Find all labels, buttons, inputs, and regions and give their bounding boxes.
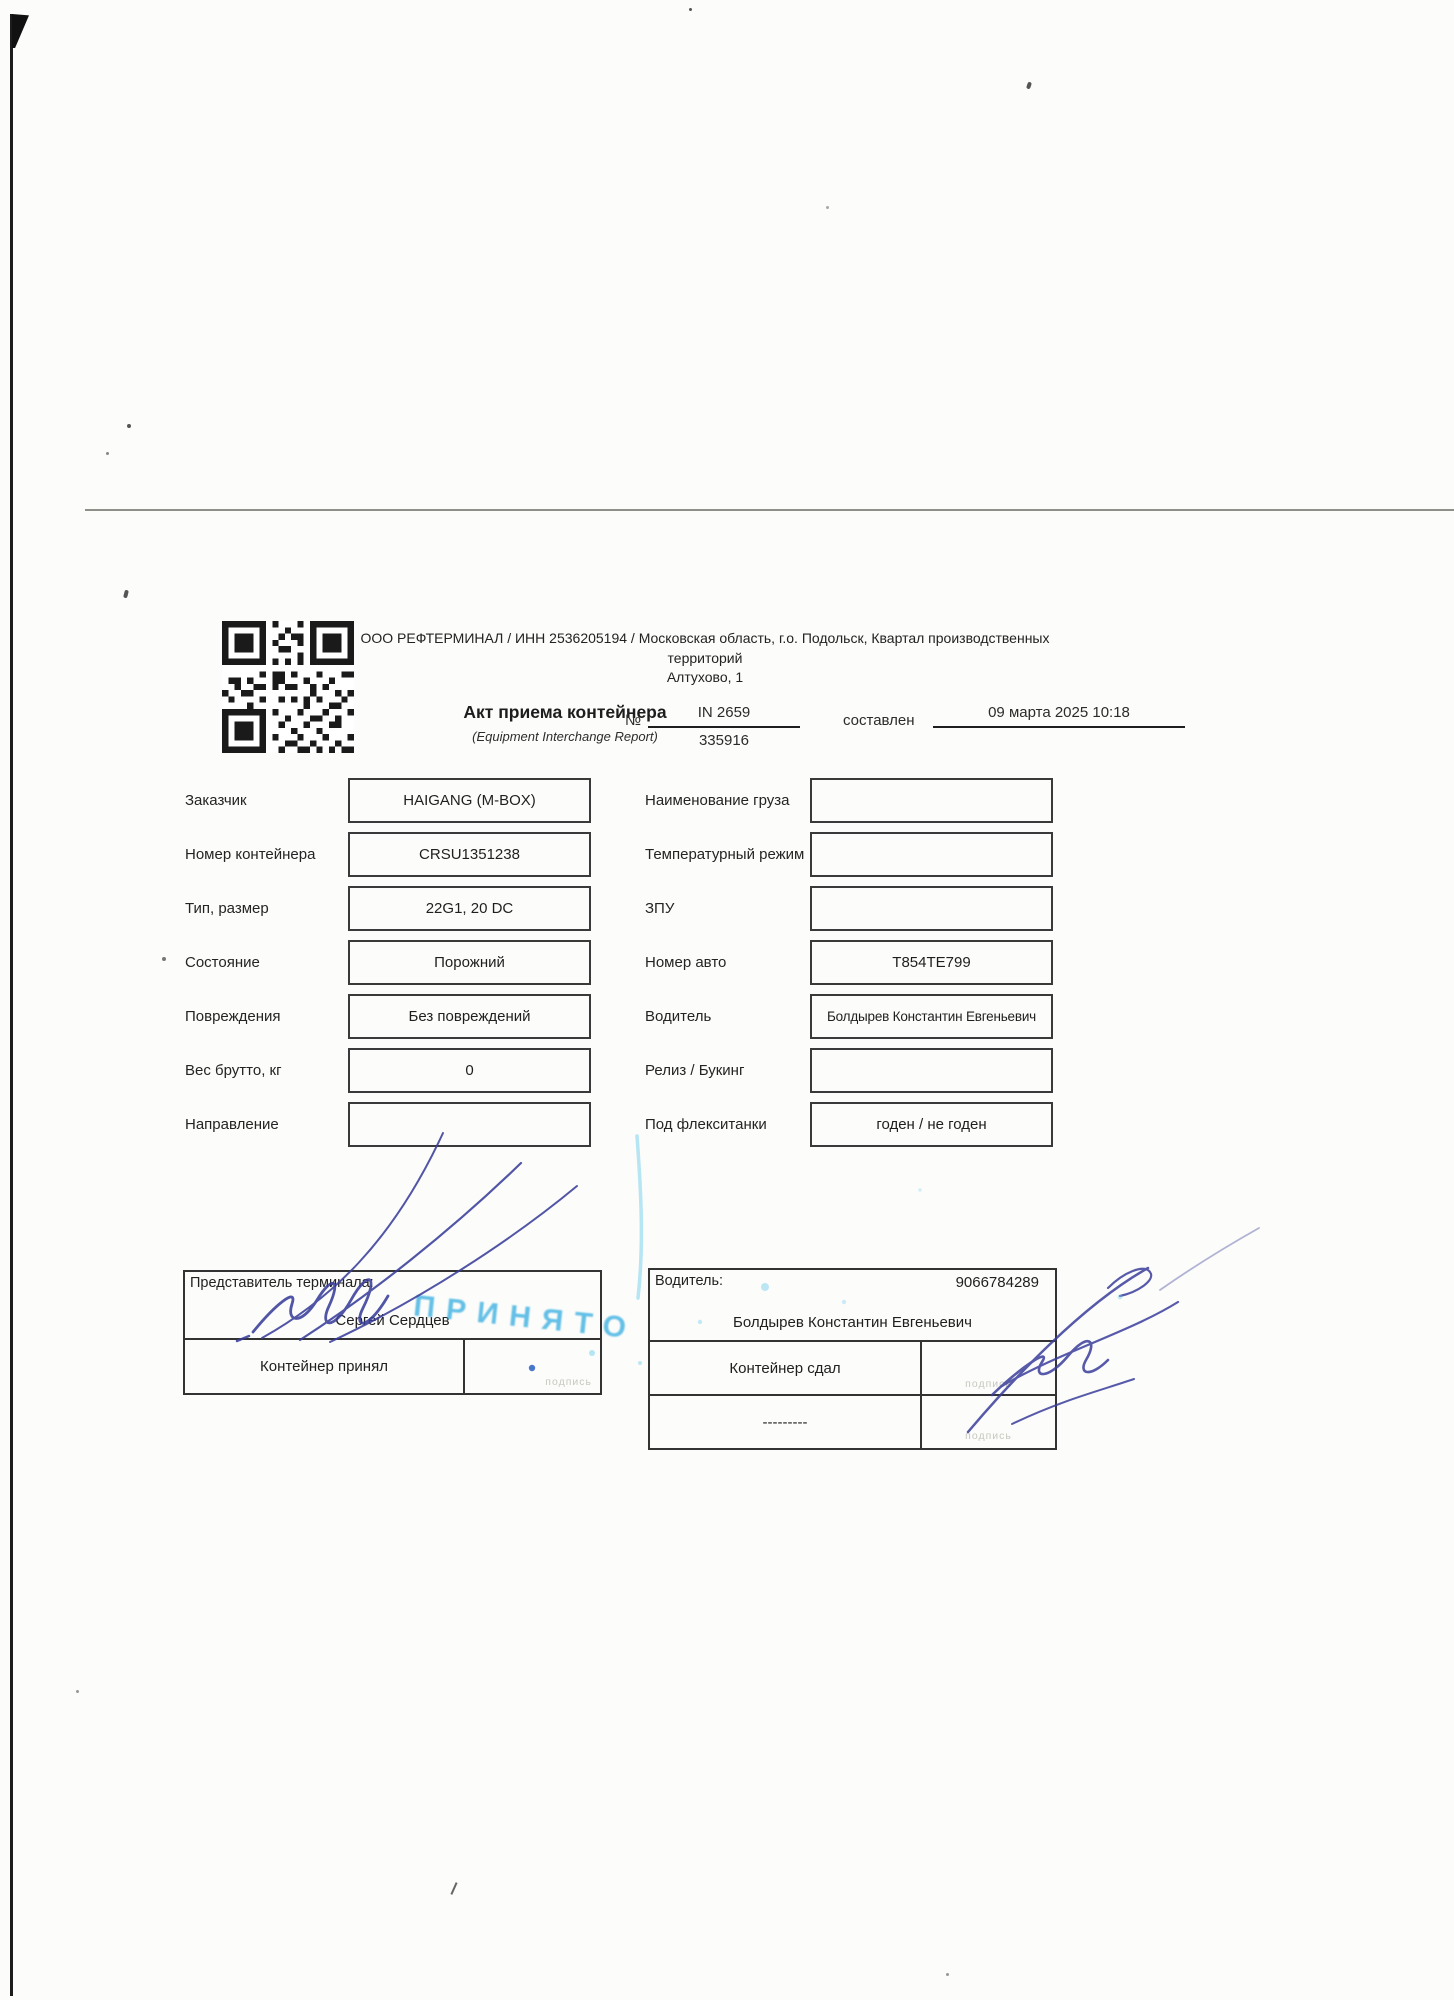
terminal-action-label: Контейнер принял — [185, 1340, 465, 1393]
driver-name: Болдырев Константин Евгеньевич — [650, 1314, 1055, 1331]
scan-speck — [689, 8, 692, 11]
field-box-truck-number: Т854ТЕ799 — [810, 940, 1053, 985]
field-box-flexitank: годен / не годен — [810, 1102, 1053, 1147]
field-label-flexitank: Под флекситанки — [645, 1102, 810, 1147]
field-value: Без повреждений — [408, 1008, 530, 1025]
field-value: HAIGANG (M-BOX) — [403, 792, 536, 809]
driver-signature-cell: подпись — [922, 1342, 1055, 1394]
field-label-state: Состояние — [185, 940, 347, 985]
field-box-damages: Без повреждений — [348, 994, 591, 1039]
driver-phone: 9066784289 — [956, 1274, 1039, 1291]
driver-signature-block: Водитель: 9066784289 Болдырев Константин… — [648, 1268, 1057, 1450]
field-value: Порожний — [434, 954, 505, 971]
field-box-release-booking — [810, 1048, 1053, 1093]
field-label-driver: Водитель — [645, 994, 810, 1039]
scan-speck — [106, 452, 109, 455]
field-label-gruz: Наименование груза — [645, 778, 810, 823]
field-box-zakazchik: HAIGANG (M-BOX) — [348, 778, 591, 823]
terminal-role-label: Представитель терминала: — [190, 1275, 374, 1291]
field-label-release-booking: Релиз / Букинг — [645, 1048, 810, 1093]
field-label-zpu: ЗПУ — [645, 886, 810, 931]
field-label-type-size: Тип, размер — [185, 886, 347, 931]
page-fold-line — [85, 509, 1454, 511]
field-value: годен / не годен — [876, 1116, 986, 1133]
signature-placeholder: подпись — [965, 1430, 1012, 1442]
field-label-damages: Повреждения — [185, 994, 347, 1039]
field-box-direction — [348, 1102, 591, 1147]
driver-action-label: Контейнер сдал — [650, 1342, 922, 1394]
field-label-gross-weight: Вес брутто, кг — [185, 1048, 347, 1093]
document-number: IN 2659 — [648, 704, 800, 728]
driver-signature-cell2: подпись — [922, 1396, 1055, 1448]
signature-placeholder: подпись — [545, 1376, 592, 1388]
number-label: № — [625, 712, 641, 729]
scan-speck — [127, 424, 131, 428]
scanned-document: ООО РЕФТЕРМИНАЛ / ИНН 2536205194 / Моско… — [0, 0, 1454, 2000]
field-value: 22G1, 20 DC — [426, 900, 514, 917]
field-box-driver: Болдырев Константин Евгеньевич — [810, 994, 1053, 1039]
scan-speck — [826, 206, 829, 209]
field-label-zakazchik: Заказчик — [185, 778, 347, 823]
field-label-truck-number: Номер авто — [645, 940, 810, 985]
scan-edge-hook — [12, 14, 29, 48]
signature-placeholder: подпись — [965, 1378, 1012, 1390]
field-value: CRSU1351238 — [419, 846, 520, 863]
company-header-line2: Алтухово, 1 — [340, 668, 1070, 688]
field-value: Болдырев Константин Евгеньевич — [827, 1009, 1036, 1024]
document-number-secondary: 335916 — [648, 728, 800, 749]
field-value: 0 — [465, 1062, 473, 1079]
terminal-signature-cell: подпись — [465, 1340, 600, 1393]
field-box-gross-weight: 0 — [348, 1048, 591, 1093]
field-box-zpu — [810, 886, 1053, 931]
field-label-direction: Направление — [185, 1102, 347, 1147]
field-value: Т854ТЕ799 — [892, 954, 970, 971]
field-box-state: Порожний — [348, 940, 591, 985]
qr-code — [222, 621, 354, 753]
company-header: ООО РЕФТЕРМИНАЛ / ИНН 2536205194 / Моско… — [340, 629, 1070, 688]
composed-label: составлен — [843, 712, 915, 729]
composed-date: 09 марта 2025 10:18 — [933, 704, 1185, 728]
field-label-container-number: Номер контейнера — [185, 832, 347, 877]
field-box-type-size: 22G1, 20 DC — [348, 886, 591, 931]
company-header-line1: ООО РЕФТЕРМИНАЛ / ИНН 2536205194 / Моско… — [340, 629, 1070, 668]
field-box-gruz — [810, 778, 1053, 823]
field-label-temperature: Температурный режим — [645, 832, 810, 877]
scan-speck — [1026, 82, 1032, 90]
driver-dashes: --------- — [650, 1396, 922, 1448]
field-box-container-number: CRSU1351238 — [348, 832, 591, 877]
driver-role-label: Водитель: — [655, 1273, 723, 1289]
scan-speck — [450, 1882, 457, 1895]
field-box-temperature — [810, 832, 1053, 877]
scan-speck — [123, 590, 129, 599]
scan-speck — [76, 1690, 79, 1693]
scan-speck — [946, 1973, 949, 1976]
